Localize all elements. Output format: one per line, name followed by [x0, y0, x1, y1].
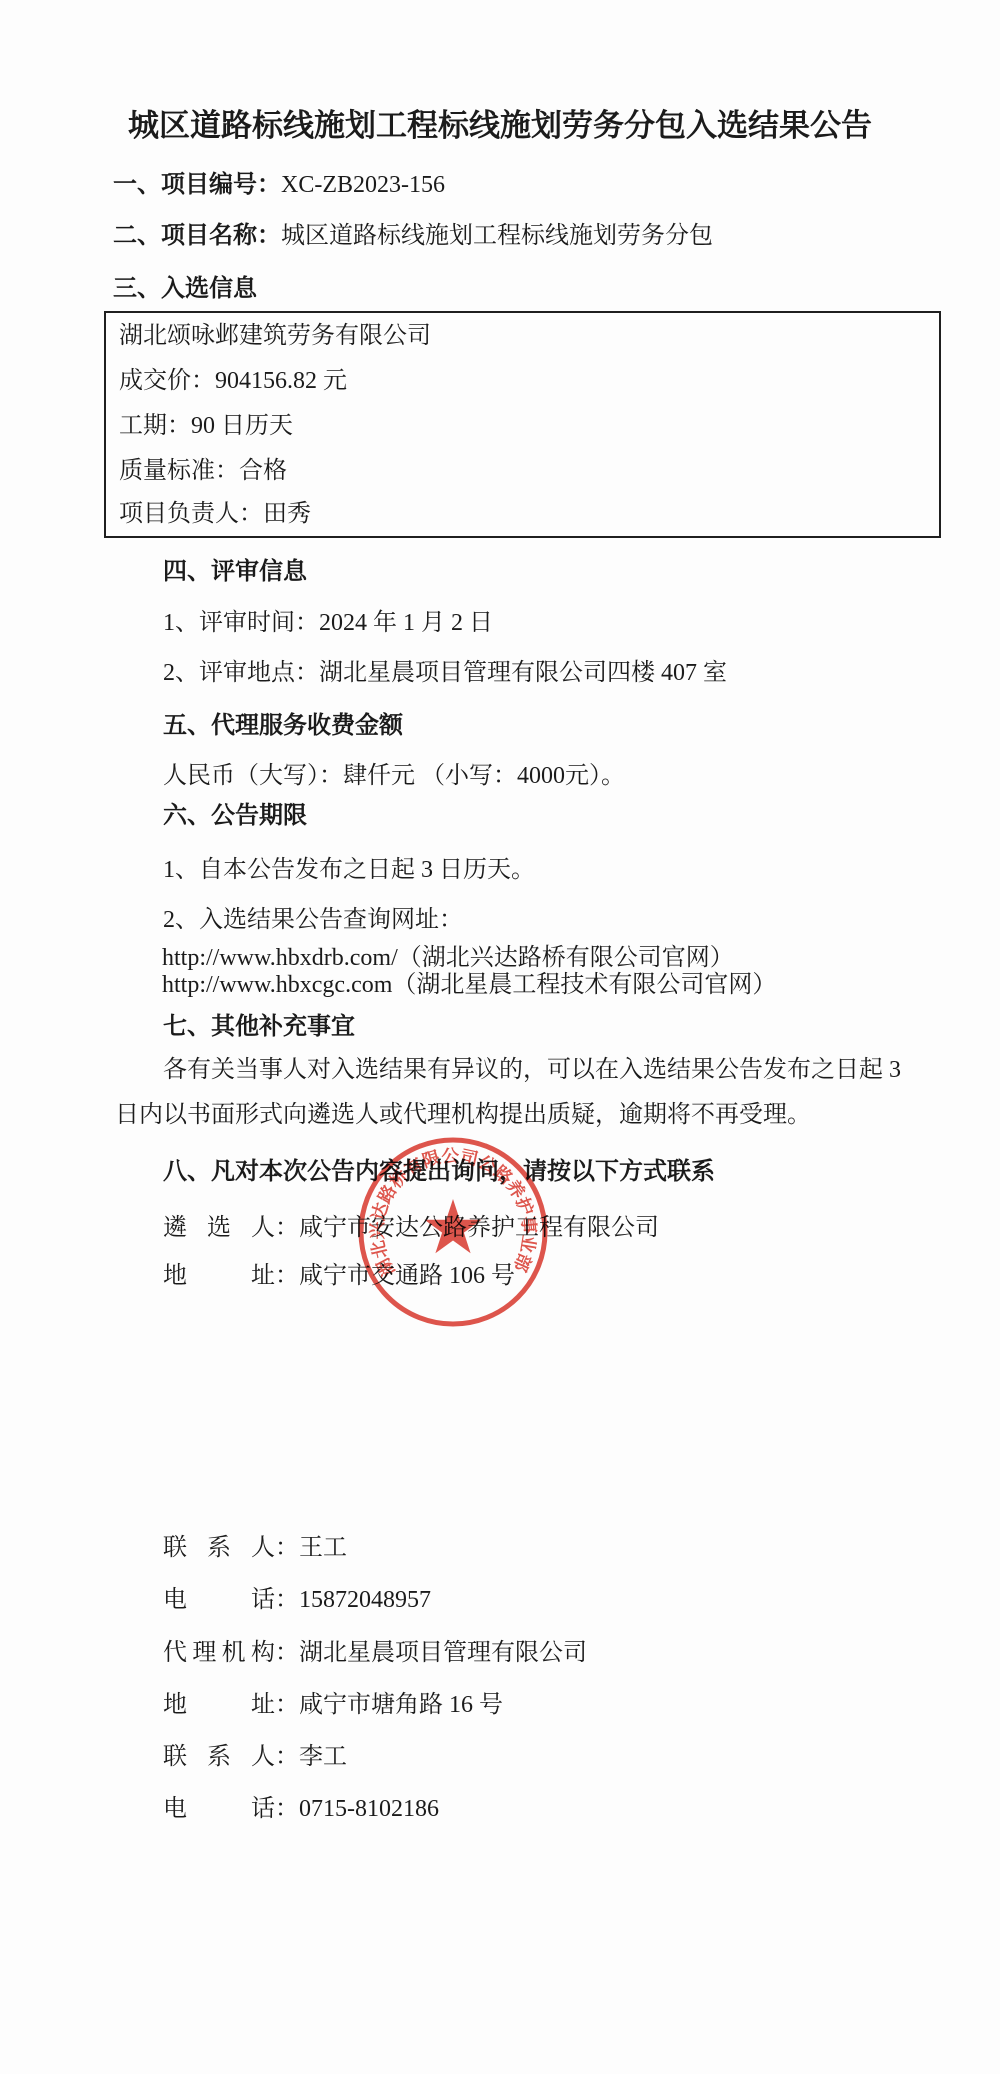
agent-phone-line: 电话：0715-8102186	[163, 1793, 439, 1826]
section-heading-agency-fee: 五、代理服务收费金额	[163, 709, 403, 742]
winning-company: 湖北颂咏邺建筑劳务有限公司	[119, 320, 431, 353]
supplement-line2: 日内以书面形式向遴选人或代理机构提出质疑，逾期将不再受理。	[115, 1099, 811, 1132]
agent-line: 代理机构：湖北星晨项目管理有限公司	[163, 1637, 587, 1670]
project-number-label: 一、项目编号：	[113, 171, 281, 198]
agent-address-line: 地址：咸宁市塘角路 16 号	[163, 1689, 503, 1722]
agent-phone-label: 电话	[163, 1793, 275, 1826]
deal-price: 成交价：904156.82 元	[119, 365, 347, 398]
agent-phone-value: ：0715-8102186	[275, 1796, 439, 1822]
selector-address-label: 地址	[163, 1260, 275, 1293]
selection-info-box: 湖北颂咏邺建筑劳务有限公司 成交价：904156.82 元 工期：90 日历天 …	[104, 311, 941, 538]
contact-person-value: ：王工	[275, 1535, 347, 1561]
selector-label: 遴选人	[163, 1212, 275, 1245]
section-heading-review: 四、评审信息	[163, 555, 307, 588]
contact-phone-line: 电话：15872048957	[163, 1584, 431, 1617]
contact-person-line: 联系人：王工	[163, 1532, 347, 1565]
result-url-1: http://www.hbxdrb.com/（湖北兴达路桥有限公司官网）	[162, 945, 734, 972]
agent-person-label: 联系人	[163, 1741, 275, 1774]
agent-label: 代理机构	[163, 1637, 275, 1670]
notice-period-item2: 2、入选结果公告查询网址：	[163, 904, 463, 937]
official-seal: 湖北兴达路桥有限公司公路养护事业部	[351, 1130, 555, 1334]
agent-value: ：湖北星晨项目管理有限公司	[275, 1640, 587, 1666]
construction-period: 工期：90 日历天	[119, 410, 293, 443]
section-heading-notice-period: 六、公告期限	[163, 799, 307, 832]
page-title: 城区道路标线施划工程标线施划劳务分包入选结果公告	[0, 106, 1000, 146]
project-name-line: 二、项目名称：城区道路标线施划工程标线施划劳务分包	[113, 219, 713, 252]
supplement-line1: 各有关当事人对入选结果有异议的，可以在入选结果公告发布之日起 3	[163, 1054, 901, 1087]
agent-person-value: ：李工	[275, 1744, 347, 1770]
notice-period-item1: 1、自本公告发布之日起 3 日历天。	[163, 854, 535, 887]
agency-fee-amount: 人民币（大写）：肆仟元 （小写：4000元）。	[163, 760, 625, 793]
section-heading-supplement: 七、其他补充事宜	[163, 1010, 355, 1043]
review-time: 1、评审时间：2024 年 1 月 2 日	[163, 607, 493, 640]
contact-phone-value: ：15872048957	[275, 1587, 431, 1613]
section-heading-selection: 三、入选信息	[113, 272, 257, 305]
review-place: 2、评审地点：湖北星晨项目管理有限公司四楼 407 室	[163, 657, 727, 690]
contact-phone-label: 电话	[163, 1584, 275, 1617]
project-name-label: 二、项目名称：	[113, 222, 281, 249]
result-url-2: http://www.hbxcgc.com（湖北星晨工程技术有限公司官网）	[162, 972, 776, 999]
agent-address-value: ：咸宁市塘角路 16 号	[275, 1692, 503, 1718]
project-name-value: 城区道路标线施划工程标线施划劳务分包	[281, 223, 713, 249]
project-number-line: 一、项目编号：XC-ZB2023-156	[113, 168, 445, 201]
project-manager: 项目负责人：田秀	[119, 498, 311, 531]
contact-person-label: 联系人	[163, 1532, 275, 1565]
agent-person-line: 联系人：李工	[163, 1741, 347, 1774]
quality-standard: 质量标准：合格	[119, 455, 287, 488]
agent-address-label: 地址	[163, 1689, 275, 1722]
document-page: 城区道路标线施划工程标线施划劳务分包入选结果公告 一、项目编号：XC-ZB202…	[0, 0, 1000, 2074]
project-number-value: XC-ZB2023-156	[281, 172, 445, 198]
seal-star-icon	[425, 1199, 482, 1253]
